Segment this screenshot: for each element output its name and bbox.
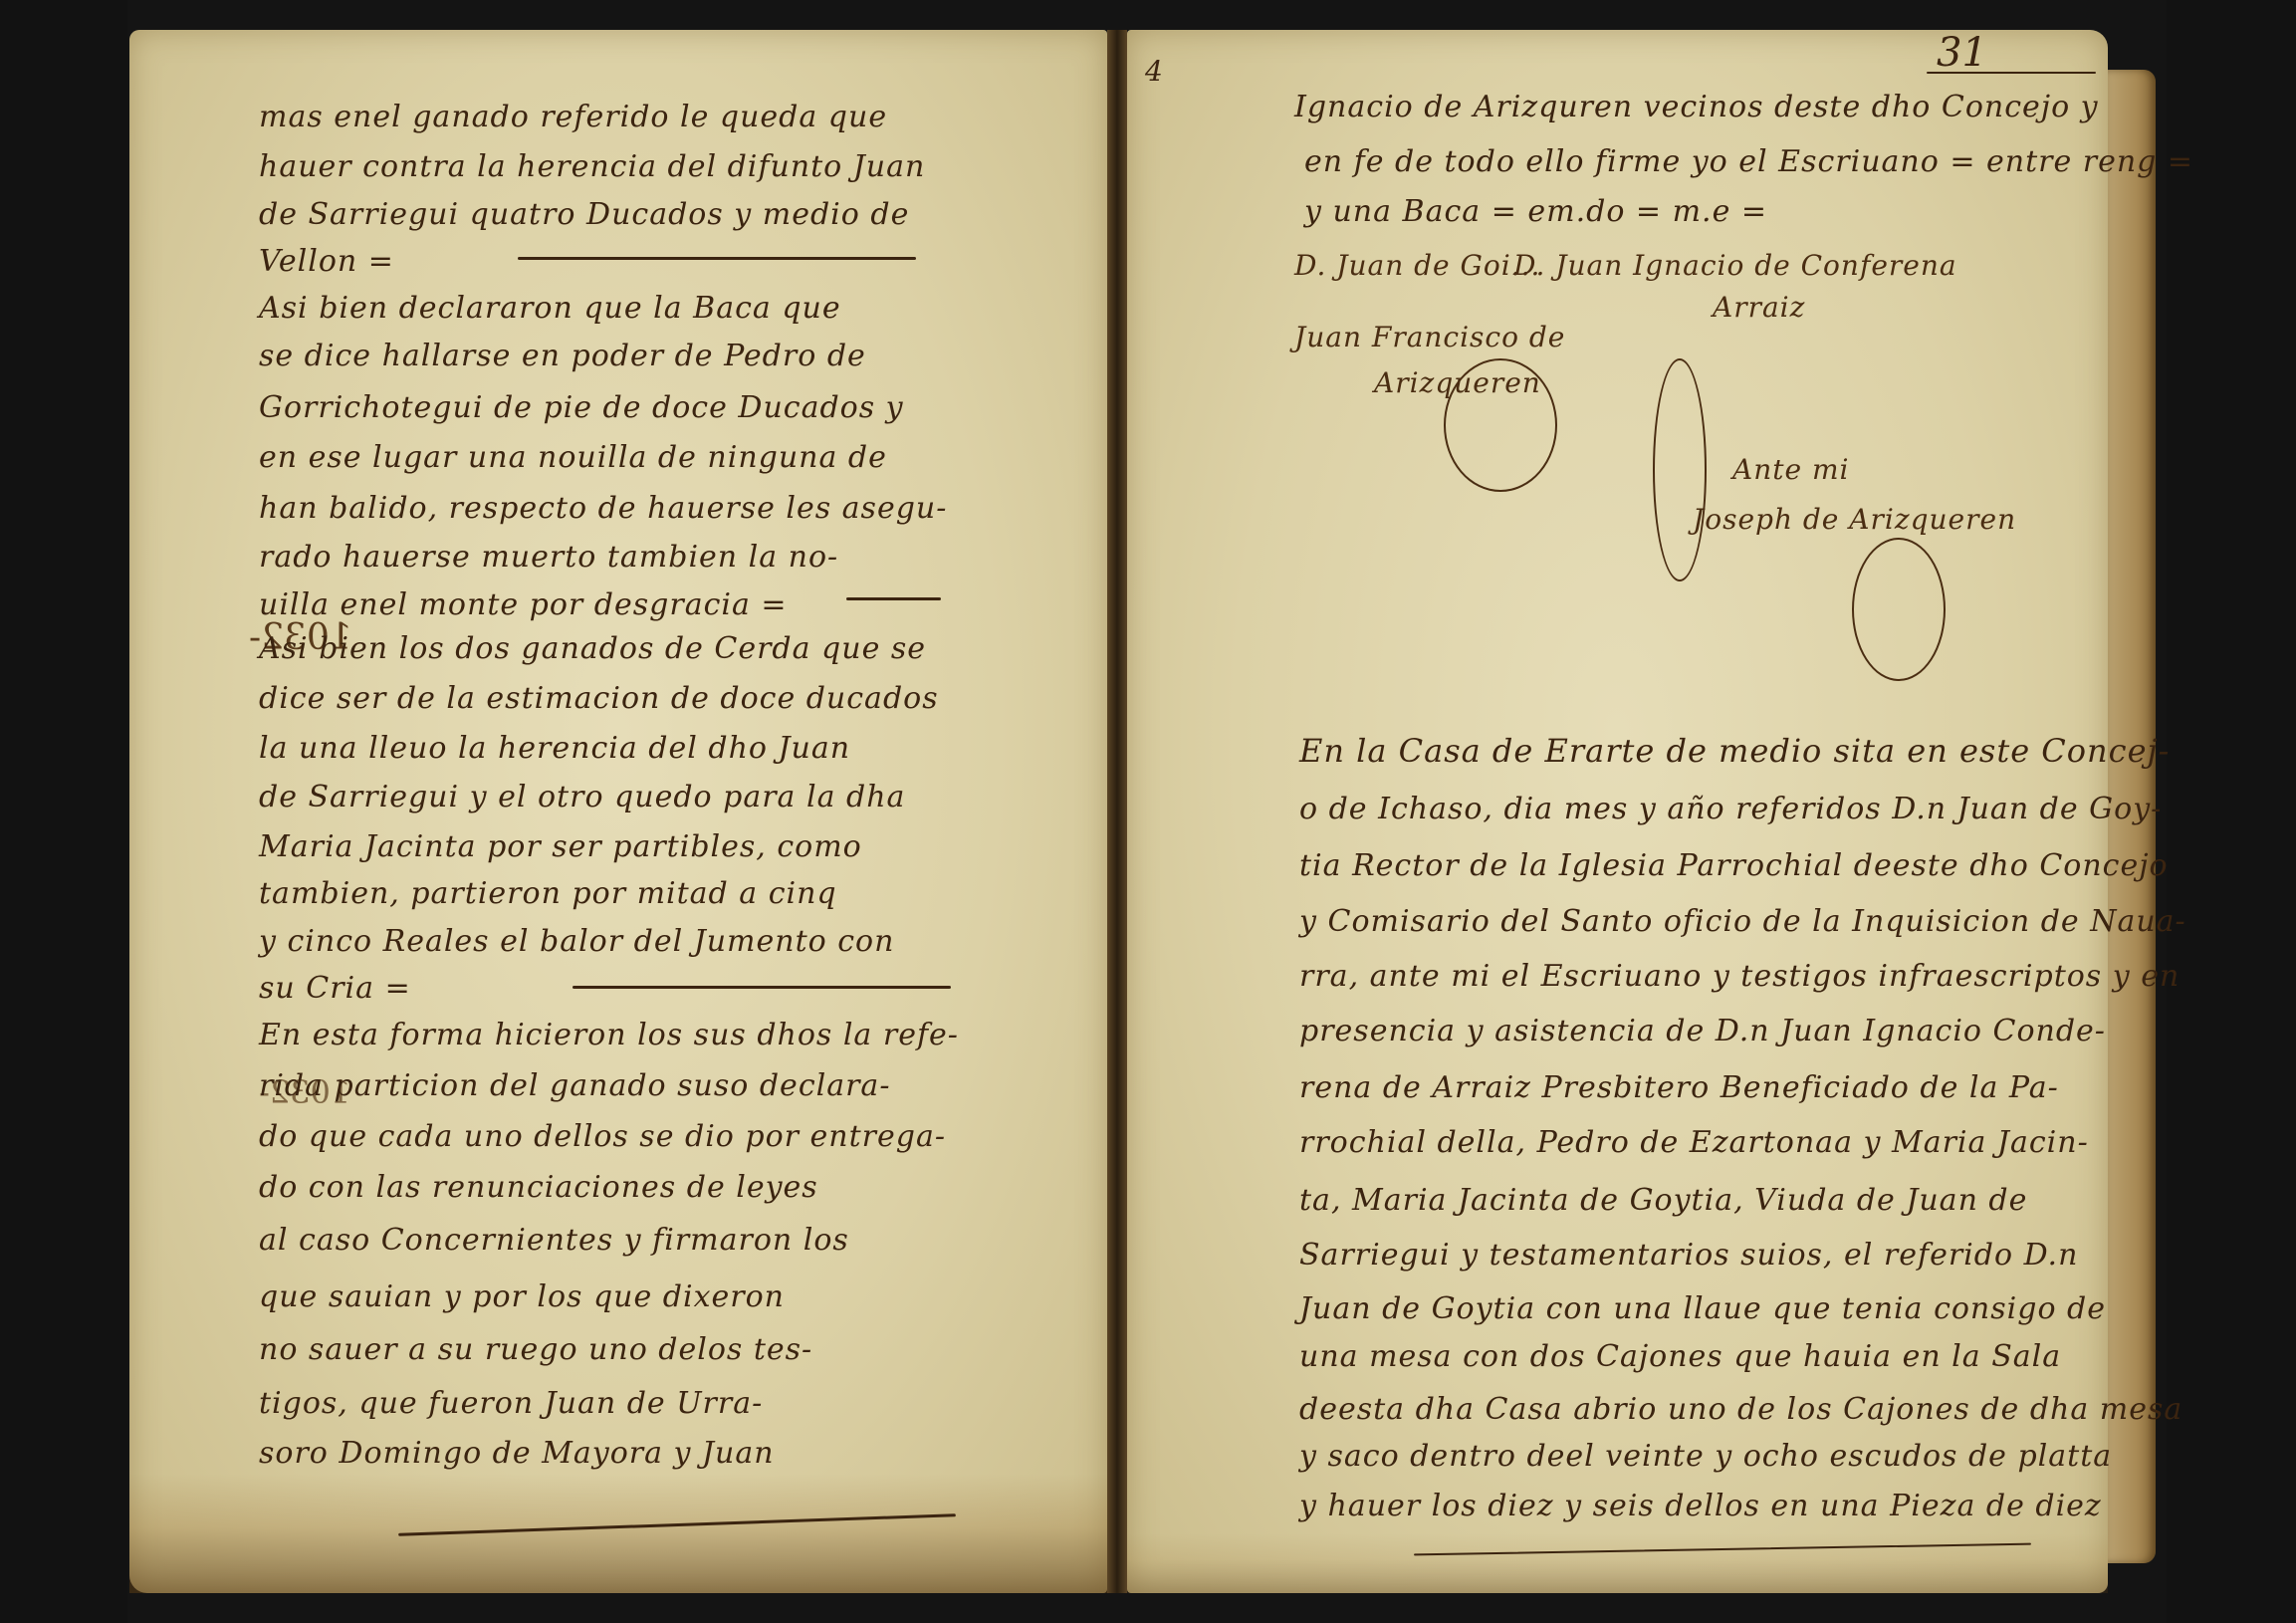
- book-gutter: [1107, 30, 1127, 1593]
- text-line: y Comisario del Santo oficio de la Inqui…: [1299, 904, 2186, 939]
- line-filler: [518, 257, 916, 260]
- text-line: tambien, partieron por mitad a cinq: [259, 876, 837, 911]
- text-line: tia Rector de la Iglesia Parrochial dees…: [1299, 848, 2169, 883]
- text-line: la una lleuo la herencia del dho Juan: [259, 731, 850, 766]
- text-line: Juan de Goytia con una llaue que tenia c…: [1299, 1291, 2106, 1326]
- text-line: de Sarriegui y el otro quedo para la dha: [259, 780, 905, 814]
- text-line: En la Casa de Erarte de medio sita en es…: [1299, 732, 2170, 770]
- text-line: en ese lugar una nouilla de ninguna de: [259, 440, 887, 475]
- text-line: tigos, que fueron Juan de Urra-: [259, 1386, 763, 1421]
- text-line: y una Baca = em.do = m.e =: [1304, 194, 1767, 229]
- text-line: rena de Arraiz Presbitero Beneficiado de…: [1299, 1070, 2059, 1105]
- text-line: no sauer a su ruego uno delos tes-: [259, 1332, 812, 1367]
- corner-note: 4: [1145, 55, 1164, 88]
- folio-underline: [1927, 72, 2096, 74]
- text-line: Sarriegui y testamentarios suios, el ref…: [1299, 1238, 2078, 1273]
- text-line: y cinco Reales el balor del Jumento con: [259, 924, 894, 959]
- text-line: en fe de todo ello firme yo el Escriuano…: [1304, 144, 2193, 179]
- text-line: rida particion del ganado suso declara-: [259, 1068, 890, 1103]
- text-line: do que cada uno dellos se dio por entreg…: [259, 1119, 946, 1154]
- text-line: hauer contra la herencia del difunto Jua…: [259, 149, 925, 184]
- signature: D. Juan de Goi...: [1294, 249, 1540, 282]
- text-line: presencia y asistencia de D.n Juan Ignac…: [1299, 1014, 2106, 1048]
- text-line: rra, ante mi el Escriuano y testigos inf…: [1299, 959, 2180, 994]
- water-stain: [1127, 1533, 2108, 1593]
- text-line: que sauian y por los que dixeron: [259, 1279, 785, 1314]
- water-stain: [129, 1474, 1107, 1593]
- signature: Juan Francisco de: [1294, 321, 1565, 353]
- text-line: Asi bien los dos ganados de Cerda que se: [259, 631, 926, 666]
- signature-flourish: [1653, 358, 1707, 581]
- text-line: Maria Jacinta por ser partibles, como: [259, 829, 862, 864]
- text-line: rado hauerse muerto tambien la no-: [259, 540, 838, 575]
- line-filler: [846, 597, 941, 600]
- signature-flourish: [1444, 358, 1557, 492]
- text-line: mas enel ganado referido le queda que: [259, 100, 887, 134]
- scan-border-right: [2167, 0, 2296, 1623]
- text-line: de Sarriegui quatro Ducados y medio de: [259, 197, 909, 232]
- text-line: Gorrichotegui de pie de doce Ducados y: [259, 390, 904, 425]
- folio-number: 31: [1937, 30, 1987, 76]
- signature: D. Juan Ignacio de Conferena: [1513, 249, 1957, 282]
- text-line: se dice hallarse en poder de Pedro de: [259, 339, 866, 373]
- text-line: y hauer los diez y seis dellos en una Pi…: [1299, 1489, 2102, 1523]
- text-line: su Cria =: [259, 971, 411, 1006]
- text-line: uilla enel monte por desgracia =: [259, 587, 788, 622]
- line-filler: [573, 986, 951, 989]
- signature-flourish: [1852, 538, 1946, 681]
- text-line: deesta dha Casa abrio uno de los Cajones…: [1299, 1392, 2182, 1427]
- text-line: rrochial della, Pedro de Ezartonaa y Mar…: [1299, 1125, 2089, 1160]
- text-line: ta, Maria Jacinta de Goytia, Viuda de Ju…: [1299, 1183, 2027, 1218]
- text-line: Asi bien declararon que la Baca que: [259, 291, 841, 326]
- signature: Arraiz: [1713, 291, 1805, 324]
- scan-border-left: [0, 0, 127, 1623]
- text-line: do con las renunciaciones de leyes: [259, 1170, 818, 1205]
- signature: Joseph de Arizqueren: [1693, 503, 2016, 536]
- text-line: Ignacio de Arizquren vecinos deste dho C…: [1294, 90, 2099, 124]
- text-line: soro Domingo de Mayora y Juan: [259, 1436, 775, 1471]
- text-line: han balido, respecto de hauerse les aseg…: [259, 491, 947, 526]
- text-line: Vellon =: [259, 244, 394, 279]
- text-line: o de Ichaso, dia mes y año referidos D.n…: [1299, 792, 2162, 826]
- text-line: una mesa con dos Cajones que hauia en la…: [1299, 1339, 2061, 1374]
- signature: Ante mi: [1732, 453, 1849, 486]
- text-line: y saco dentro deel veinte y ocho escudos…: [1299, 1439, 2112, 1474]
- text-line: En esta forma hicieron los sus dhos la r…: [259, 1018, 959, 1052]
- text-line: al caso Concernientes y firmaron los: [259, 1223, 849, 1258]
- text-line: dice ser de la estimacion de doce ducado…: [259, 681, 939, 716]
